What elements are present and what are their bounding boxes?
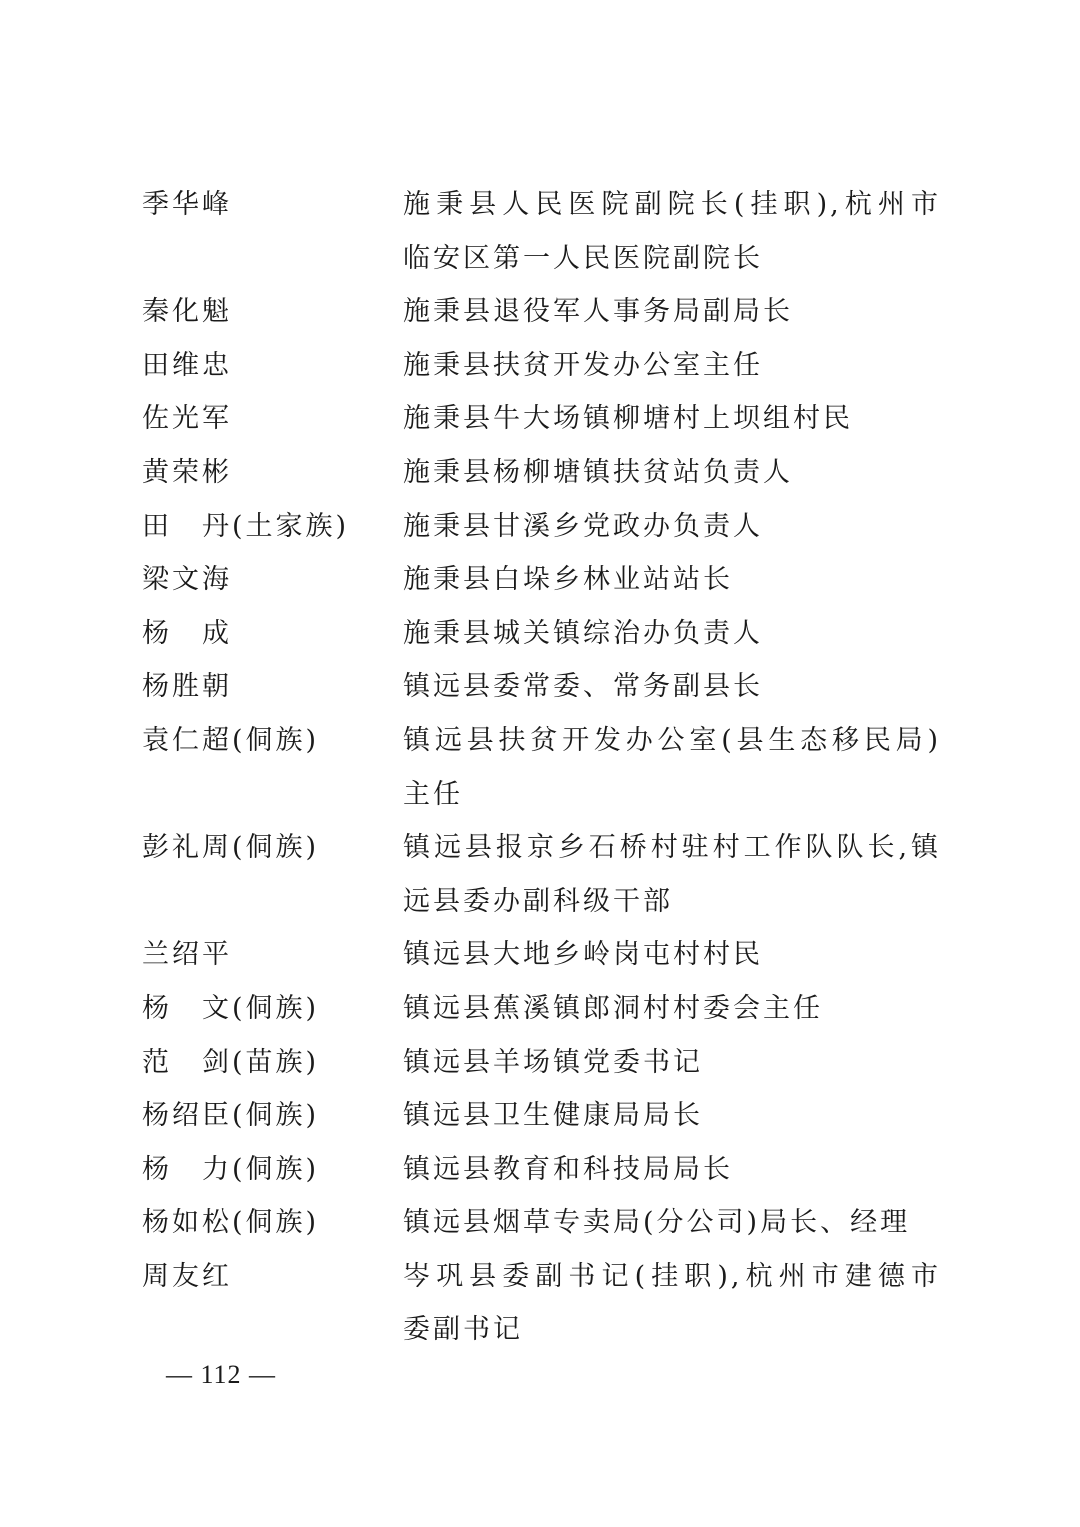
person-name: 杨如松(侗族)	[142, 1196, 403, 1250]
list-item: 黄荣彬施秉县杨柳塘镇扶贫站负责人	[142, 446, 942, 500]
person-name: 杨胜朝	[142, 660, 403, 714]
person-name: 兰绍平	[142, 928, 403, 982]
position-line: 远县委办副科级干部	[403, 875, 941, 929]
position-line: 镇远县蕉溪镇郎洞村村委会主任	[403, 982, 941, 1036]
person-name: 佐光军	[142, 392, 403, 446]
person-name: 田维忠	[142, 339, 403, 393]
person-position: 镇远县扶贫开发办公室(县生态移民局)主任	[403, 714, 941, 821]
person-position: 镇远县委常委、常务副县长	[403, 660, 941, 714]
person-name: 田 丹(土家族)	[142, 500, 403, 554]
person-position: 镇远县蕉溪镇郎洞村村委会主任	[403, 982, 941, 1036]
position-line: 镇远县卫生健康局局长	[403, 1089, 941, 1143]
person-name: 范 剑(苗族)	[142, 1036, 403, 1090]
position-line: 镇远县报京乡石桥村驻村工作队队长,镇	[403, 821, 941, 875]
person-name: 杨 力(侗族)	[142, 1143, 403, 1197]
list-item: 杨 力(侗族)镇远县教育和科技局局长	[142, 1143, 942, 1197]
position-line: 施秉县城关镇综治办负责人	[403, 607, 941, 661]
person-position: 施秉县人民医院副院长(挂职),杭州市临安区第一人民医院副院长	[403, 178, 941, 285]
position-line: 施秉县退役军人事务局副局长	[403, 285, 941, 339]
page-number: — 112 —	[166, 1358, 276, 1392]
position-line: 施秉县杨柳塘镇扶贫站负责人	[403, 446, 941, 500]
position-line: 施秉县人民医院副院长(挂职),杭州市	[403, 178, 941, 232]
list-item: 田 丹(土家族)施秉县甘溪乡党政办负责人	[142, 500, 942, 554]
person-name: 梁文海	[142, 553, 403, 607]
position-line: 施秉县甘溪乡党政办负责人	[403, 500, 941, 554]
position-line: 施秉县牛大场镇柳塘村上坝组村民	[403, 392, 941, 446]
person-position: 镇远县报京乡石桥村驻村工作队队长,镇远县委办副科级干部	[403, 821, 941, 928]
position-line: 岑巩县委副书记(挂职),杭州市建德市	[403, 1250, 941, 1304]
person-position: 施秉县白垛乡林业站站长	[403, 553, 941, 607]
position-line: 镇远县扶贫开发办公室(县生态移民局)	[403, 714, 941, 768]
person-name: 杨绍臣(侗族)	[142, 1089, 403, 1143]
person-name: 黄荣彬	[142, 446, 403, 500]
person-name: 季华峰	[142, 178, 403, 232]
position-line: 镇远县烟草专卖局(分公司)局长、经理	[403, 1196, 941, 1250]
list-item: 彭礼周(侗族)镇远县报京乡石桥村驻村工作队队长,镇远县委办副科级干部	[142, 821, 942, 928]
list-item: 季华峰施秉县人民医院副院长(挂职),杭州市临安区第一人民医院副院长	[142, 178, 942, 285]
position-line: 镇远县羊场镇党委书记	[403, 1036, 941, 1090]
position-line: 镇远县委常委、常务副县长	[403, 660, 941, 714]
position-line: 临安区第一人民医院副院长	[403, 232, 941, 286]
list-item: 佐光军施秉县牛大场镇柳塘村上坝组村民	[142, 392, 942, 446]
person-position: 施秉县杨柳塘镇扶贫站负责人	[403, 446, 941, 500]
person-name: 周友红	[142, 1250, 403, 1304]
person-position: 岑巩县委副书记(挂职),杭州市建德市委副书记	[403, 1250, 941, 1357]
position-line: 委副书记	[403, 1303, 941, 1357]
person-position: 施秉县城关镇综治办负责人	[403, 607, 941, 661]
person-name: 袁仁超(侗族)	[142, 714, 403, 768]
position-line: 施秉县扶贫开发办公室主任	[403, 339, 941, 393]
personnel-list: 季华峰施秉县人民医院副院长(挂职),杭州市临安区第一人民医院副院长秦化魁施秉县退…	[142, 178, 942, 1357]
position-line: 施秉县白垛乡林业站站长	[403, 553, 941, 607]
person-position: 镇远县大地乡岭岗屯村村民	[403, 928, 941, 982]
person-name: 杨 成	[142, 607, 403, 661]
person-position: 施秉县退役军人事务局副局长	[403, 285, 941, 339]
person-position: 镇远县卫生健康局局长	[403, 1089, 941, 1143]
person-position: 施秉县牛大场镇柳塘村上坝组村民	[403, 392, 941, 446]
list-item: 周友红岑巩县委副书记(挂职),杭州市建德市委副书记	[142, 1250, 942, 1357]
person-position: 镇远县羊场镇党委书记	[403, 1036, 941, 1090]
list-item: 秦化魁施秉县退役军人事务局副局长	[142, 285, 942, 339]
list-item: 杨如松(侗族)镇远县烟草专卖局(分公司)局长、经理	[142, 1196, 942, 1250]
person-position: 镇远县烟草专卖局(分公司)局长、经理	[403, 1196, 941, 1250]
list-item: 杨胜朝镇远县委常委、常务副县长	[142, 660, 942, 714]
list-item: 袁仁超(侗族)镇远县扶贫开发办公室(县生态移民局)主任	[142, 714, 942, 821]
person-position: 施秉县甘溪乡党政办负责人	[403, 500, 941, 554]
list-item: 范 剑(苗族)镇远县羊场镇党委书记	[142, 1036, 942, 1090]
position-line: 镇远县大地乡岭岗屯村村民	[403, 928, 941, 982]
position-line: 镇远县教育和科技局局长	[403, 1143, 941, 1197]
person-name: 杨 文(侗族)	[142, 982, 403, 1036]
list-item: 杨 成施秉县城关镇综治办负责人	[142, 607, 942, 661]
position-line: 主任	[403, 768, 941, 822]
list-item: 杨 文(侗族)镇远县蕉溪镇郎洞村村委会主任	[142, 982, 942, 1036]
list-item: 田维忠施秉县扶贫开发办公室主任	[142, 339, 942, 393]
person-position: 施秉县扶贫开发办公室主任	[403, 339, 941, 393]
list-item: 杨绍臣(侗族)镇远县卫生健康局局长	[142, 1089, 942, 1143]
list-item: 兰绍平镇远县大地乡岭岗屯村村民	[142, 928, 942, 982]
person-position: 镇远县教育和科技局局长	[403, 1143, 941, 1197]
person-name: 彭礼周(侗族)	[142, 821, 403, 875]
list-item: 梁文海施秉县白垛乡林业站站长	[142, 553, 942, 607]
document-page: 季华峰施秉县人民医院副院长(挂职),杭州市临安区第一人民医院副院长秦化魁施秉县退…	[0, 0, 1080, 1527]
person-name: 秦化魁	[142, 285, 403, 339]
